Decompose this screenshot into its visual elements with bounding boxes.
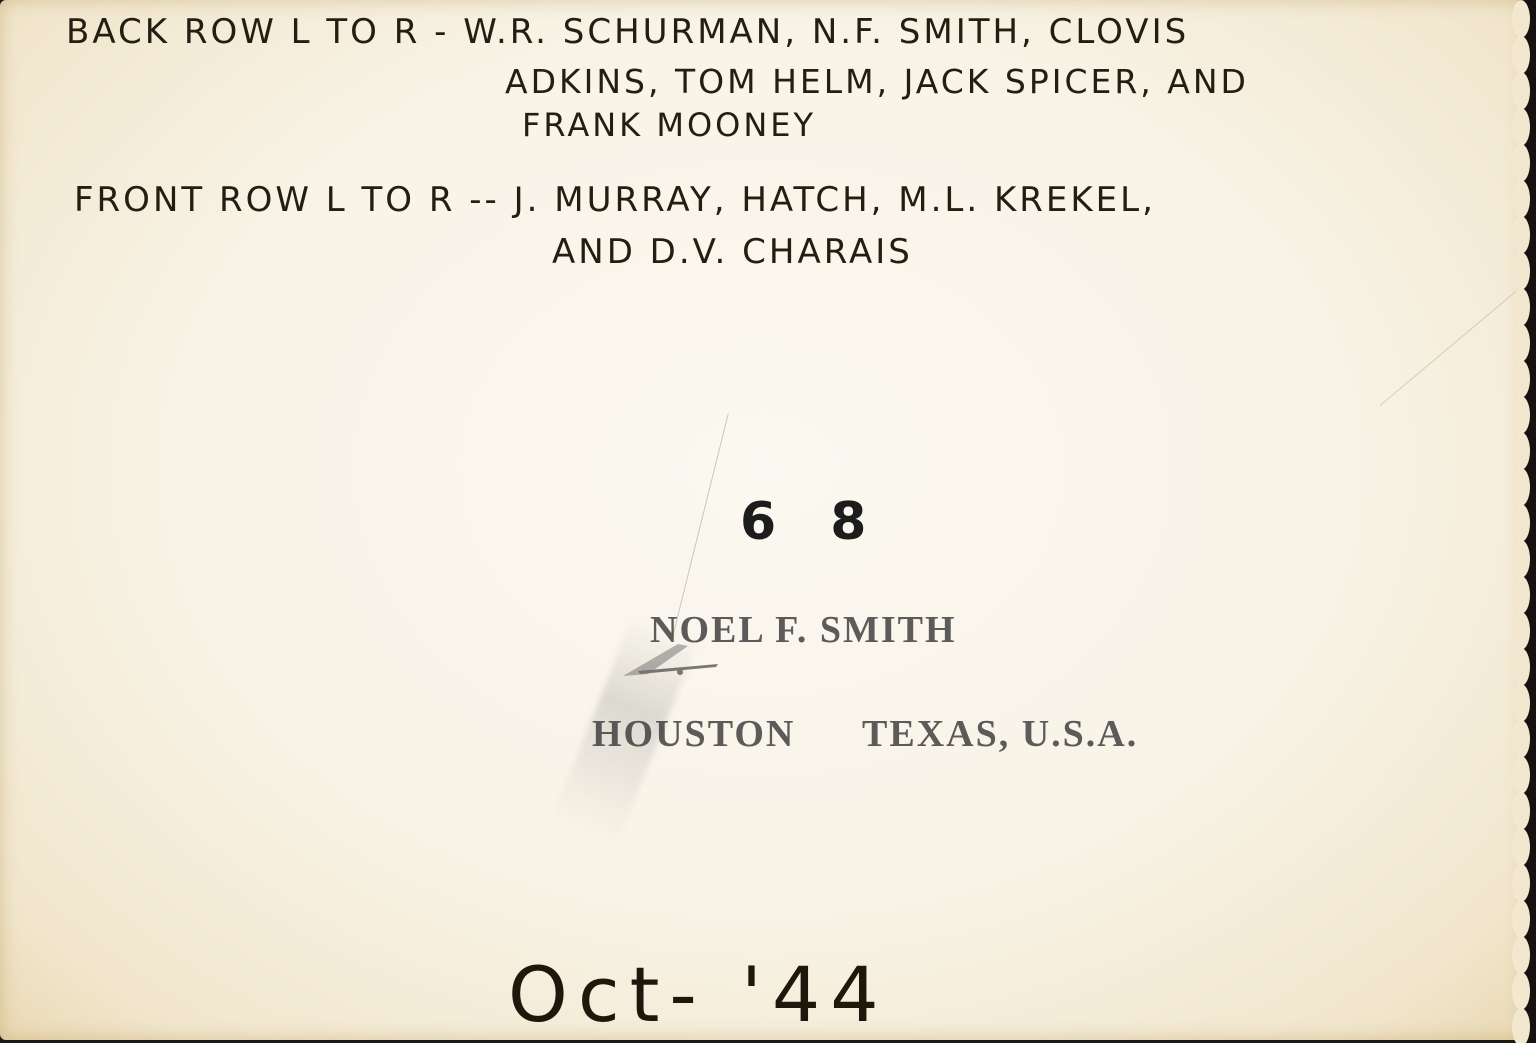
photo-back-card: Back Row L to R - W.R. Schurman, N.F. Sm… bbox=[0, 0, 1524, 1040]
scalloped-edge bbox=[1512, 432, 1530, 470]
handwritten-date: Oct- '44 bbox=[508, 950, 889, 1039]
scalloped-edge bbox=[1512, 252, 1530, 290]
scalloped-edge bbox=[1512, 864, 1530, 902]
scalloped-edge bbox=[1512, 756, 1530, 794]
scalloped-edge bbox=[1512, 504, 1530, 542]
scalloped-edge bbox=[1512, 108, 1530, 146]
scalloped-edge bbox=[1512, 396, 1530, 434]
scalloped-edge bbox=[1512, 72, 1530, 110]
scalloped-edge bbox=[1512, 36, 1530, 74]
caption-front-row-line-1: Front Row L to R -- J. Murray, Hatch, M.… bbox=[74, 180, 1156, 220]
scalloped-edge bbox=[1512, 828, 1530, 866]
scalloped-edge bbox=[1512, 720, 1530, 758]
scalloped-edge bbox=[1512, 468, 1530, 506]
scalloped-edge bbox=[1512, 288, 1530, 326]
scalloped-edge bbox=[1512, 216, 1530, 254]
scalloped-edge bbox=[1512, 324, 1530, 362]
paper-crease bbox=[1380, 277, 1534, 406]
scalloped-edge bbox=[1512, 180, 1530, 218]
scalloped-edge bbox=[1512, 144, 1530, 182]
scalloped-edge bbox=[1512, 1008, 1530, 1043]
scalloped-edge bbox=[1512, 576, 1530, 614]
pencil-mark bbox=[672, 413, 729, 636]
caption-back-row-line-2: Adkins, Tom Helm, Jack Spicer, and bbox=[505, 62, 1249, 101]
scalloped-edge bbox=[1512, 936, 1530, 974]
stamp-photographer-name: NOEL F. SMITH bbox=[650, 608, 957, 652]
scalloped-edge bbox=[1512, 0, 1530, 38]
scalloped-edge bbox=[1512, 792, 1530, 830]
scalloped-edge bbox=[1512, 972, 1530, 1010]
scalloped-edge bbox=[1512, 684, 1530, 722]
photo-number: 6 8 bbox=[740, 492, 884, 552]
scalloped-edge bbox=[1512, 360, 1530, 398]
caption-back-row-line-1: Back Row L to R - W.R. Schurman, N.F. Sm… bbox=[66, 12, 1189, 52]
caption-front-row-line-2: and D.V. Charais bbox=[552, 232, 913, 272]
stamp-city: HOUSTON bbox=[592, 712, 795, 756]
scalloped-edge bbox=[1512, 540, 1530, 578]
scalloped-edge bbox=[1512, 900, 1530, 938]
caption-back-row-line-3: Frank Mooney bbox=[522, 106, 816, 144]
stamp-state: TEXAS, U.S.A. bbox=[862, 712, 1138, 756]
scalloped-edge bbox=[1512, 648, 1530, 686]
scalloped-edge bbox=[1512, 612, 1530, 650]
